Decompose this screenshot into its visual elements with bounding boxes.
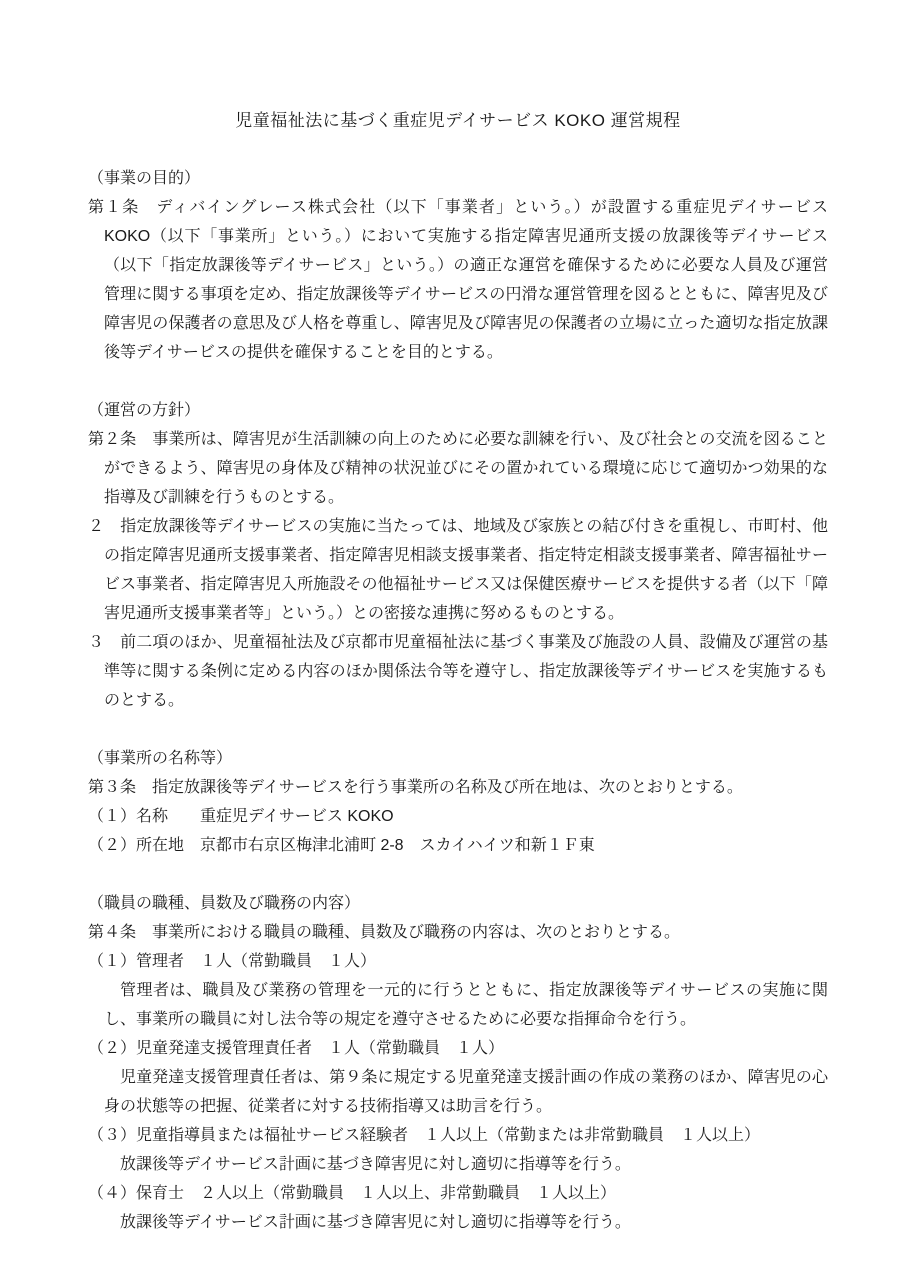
staff-item-nursery-teacher-description: 放課後等デイサービス計画に基づき障害児に対し適切に指導等を行う。 bbox=[88, 1208, 828, 1237]
section-office-name-location: （事業所の名称等） 第３条 指定放課後等デイサービスを行う事業所の名称及び所在地… bbox=[88, 744, 828, 860]
article-3-paragraph: 第３条 指定放課後等デイサービスを行う事業所の名称及び所在地は、次のとおりとする… bbox=[88, 773, 828, 802]
article-1-paragraph: 第１条 ディバイングレース株式会社（以下「事業者」という。）が設置する重症児デイ… bbox=[88, 193, 828, 367]
section-business-purpose: （事業の目的） 第１条 ディバイングレース株式会社（以下「事業者」という。）が設… bbox=[88, 164, 828, 367]
section-management-policy: （運営の方針） 第２条 事業所は、障害児が生活訓練の向上のために必要な訓練を行い… bbox=[88, 396, 828, 715]
staff-item-child-development-support-manager-description: 児童発達支援管理責任者は、第９条に規定する児童発達支援計画の作成の業務のほか、障… bbox=[88, 1063, 828, 1121]
document-title: 児童福祉法に基づく重症児デイサービス KOKO 運営規程 bbox=[88, 106, 828, 135]
staff-item-child-instructor-description: 放課後等デイサービス計画に基づき障害児に対し適切に指導等を行う。 bbox=[88, 1150, 828, 1179]
section-heading-staff-roles: （職員の職種、員数及び職務の内容） bbox=[88, 889, 828, 918]
article-2-paragraph-3: ３ 前二項のほか、児童福祉法及び京都市児童福祉法に基づく事業及び施設の人員、設備… bbox=[88, 628, 828, 715]
section-heading-management-policy: （運営の方針） bbox=[88, 396, 828, 425]
office-address-item: （２）所在地 京都市右京区梅津北浦町 2-8 スカイハイツ和新１Ｆ東 bbox=[88, 831, 828, 860]
article-2-paragraph-1: 第２条 事業所は、障害児が生活訓練の向上のために必要な訓練を行い、及び社会との交… bbox=[88, 425, 828, 512]
staff-item-nursery-teacher: （４）保育士 ２人以上（常勤職員 １人以上、非常勤職員 １人以上） bbox=[88, 1179, 828, 1208]
office-name-item: （１）名称 重症児デイサービス KOKO bbox=[88, 802, 828, 831]
article-4-paragraph: 第４条 事業所における職員の職種、員数及び職務の内容は、次のとおりとする。 bbox=[88, 918, 828, 947]
staff-item-child-development-support-manager: （２）児童発達支援管理責任者 １人（常勤職員 １人） bbox=[88, 1034, 828, 1063]
staff-item-manager: （１）管理者 １人（常勤職員 １人） bbox=[88, 947, 828, 976]
article-2-paragraph-2: ２ 指定放課後等デイサービスの実施に当たっては、地域及び家族との結び付きを重視し… bbox=[88, 512, 828, 628]
section-heading-office-name-location: （事業所の名称等） bbox=[88, 744, 828, 773]
section-heading-business-purpose: （事業の目的） bbox=[88, 164, 828, 193]
staff-item-manager-description: 管理者は、職員及び業務の管理を一元的に行うとともに、指定放課後等デイサービスの実… bbox=[88, 976, 828, 1034]
document-page: 児童福祉法に基づく重症児デイサービス KOKO 運営規程 （事業の目的） 第１条… bbox=[0, 0, 905, 1280]
staff-item-child-instructor: （３）児童指導員または福祉サービス経験者 １人以上（常勤または非常勤職員 １人以… bbox=[88, 1121, 828, 1150]
section-staff-roles: （職員の職種、員数及び職務の内容） 第４条 事業所における職員の職種、員数及び職… bbox=[88, 889, 828, 1237]
